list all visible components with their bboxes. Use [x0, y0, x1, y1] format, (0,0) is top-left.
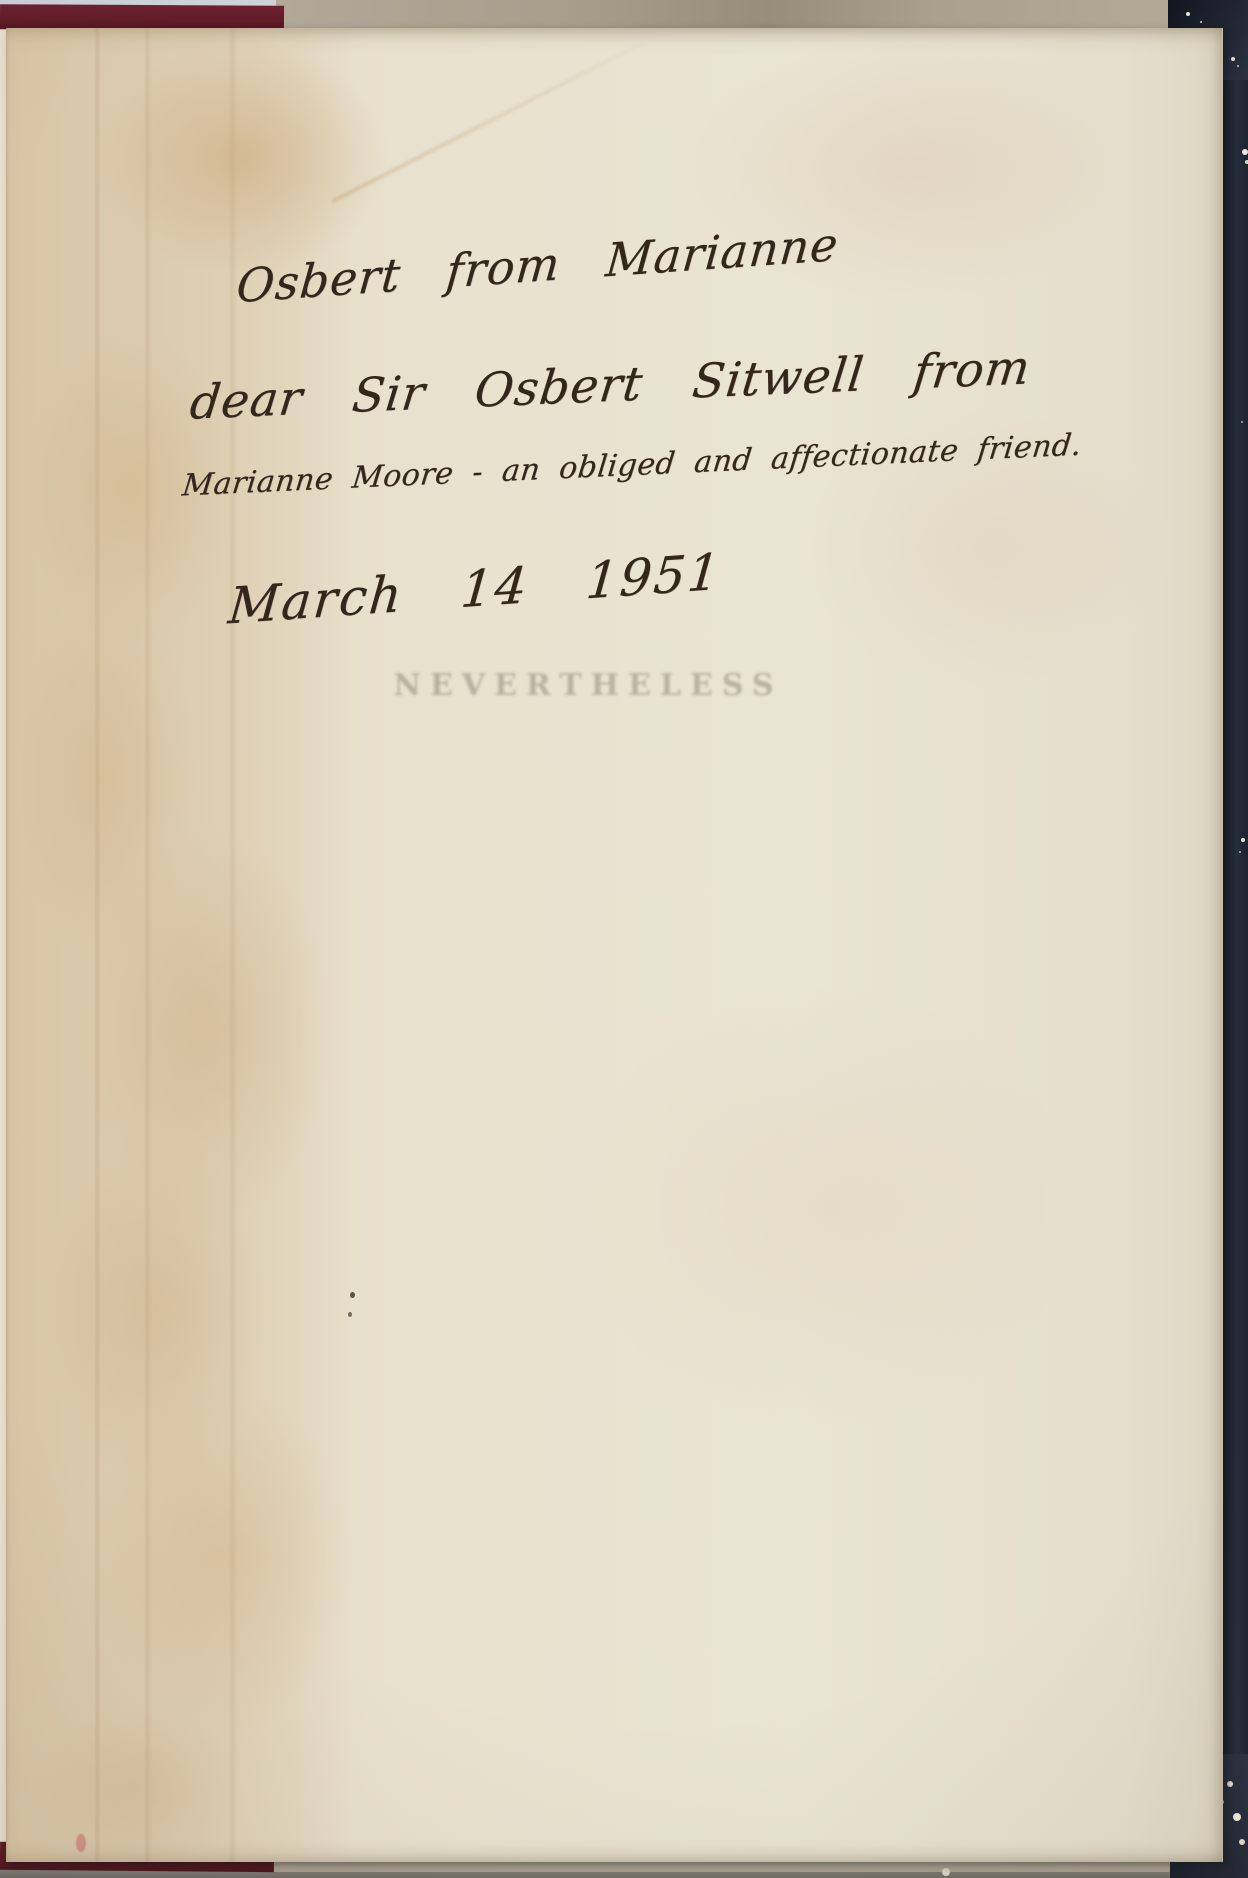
maroon-cover-top-edge: [0, 4, 284, 30]
ghost-title-nevertheless: NEVERTHELESS: [378, 668, 798, 703]
page-crease: [331, 33, 660, 203]
white-paint-specks: [1186, 12, 1190, 16]
navy-cover-right-edge: [1220, 0, 1248, 1878]
page-edges-top: [276, 0, 1224, 31]
red-mark: [76, 1834, 86, 1852]
ink-speck: [350, 1292, 355, 1298]
ink-speck: [348, 1312, 352, 1317]
flyleaf-page: [6, 28, 1223, 1862]
book-inscription-photo: Osbert from Marianne dear Sir Osbert Sit…: [0, 0, 1248, 1878]
